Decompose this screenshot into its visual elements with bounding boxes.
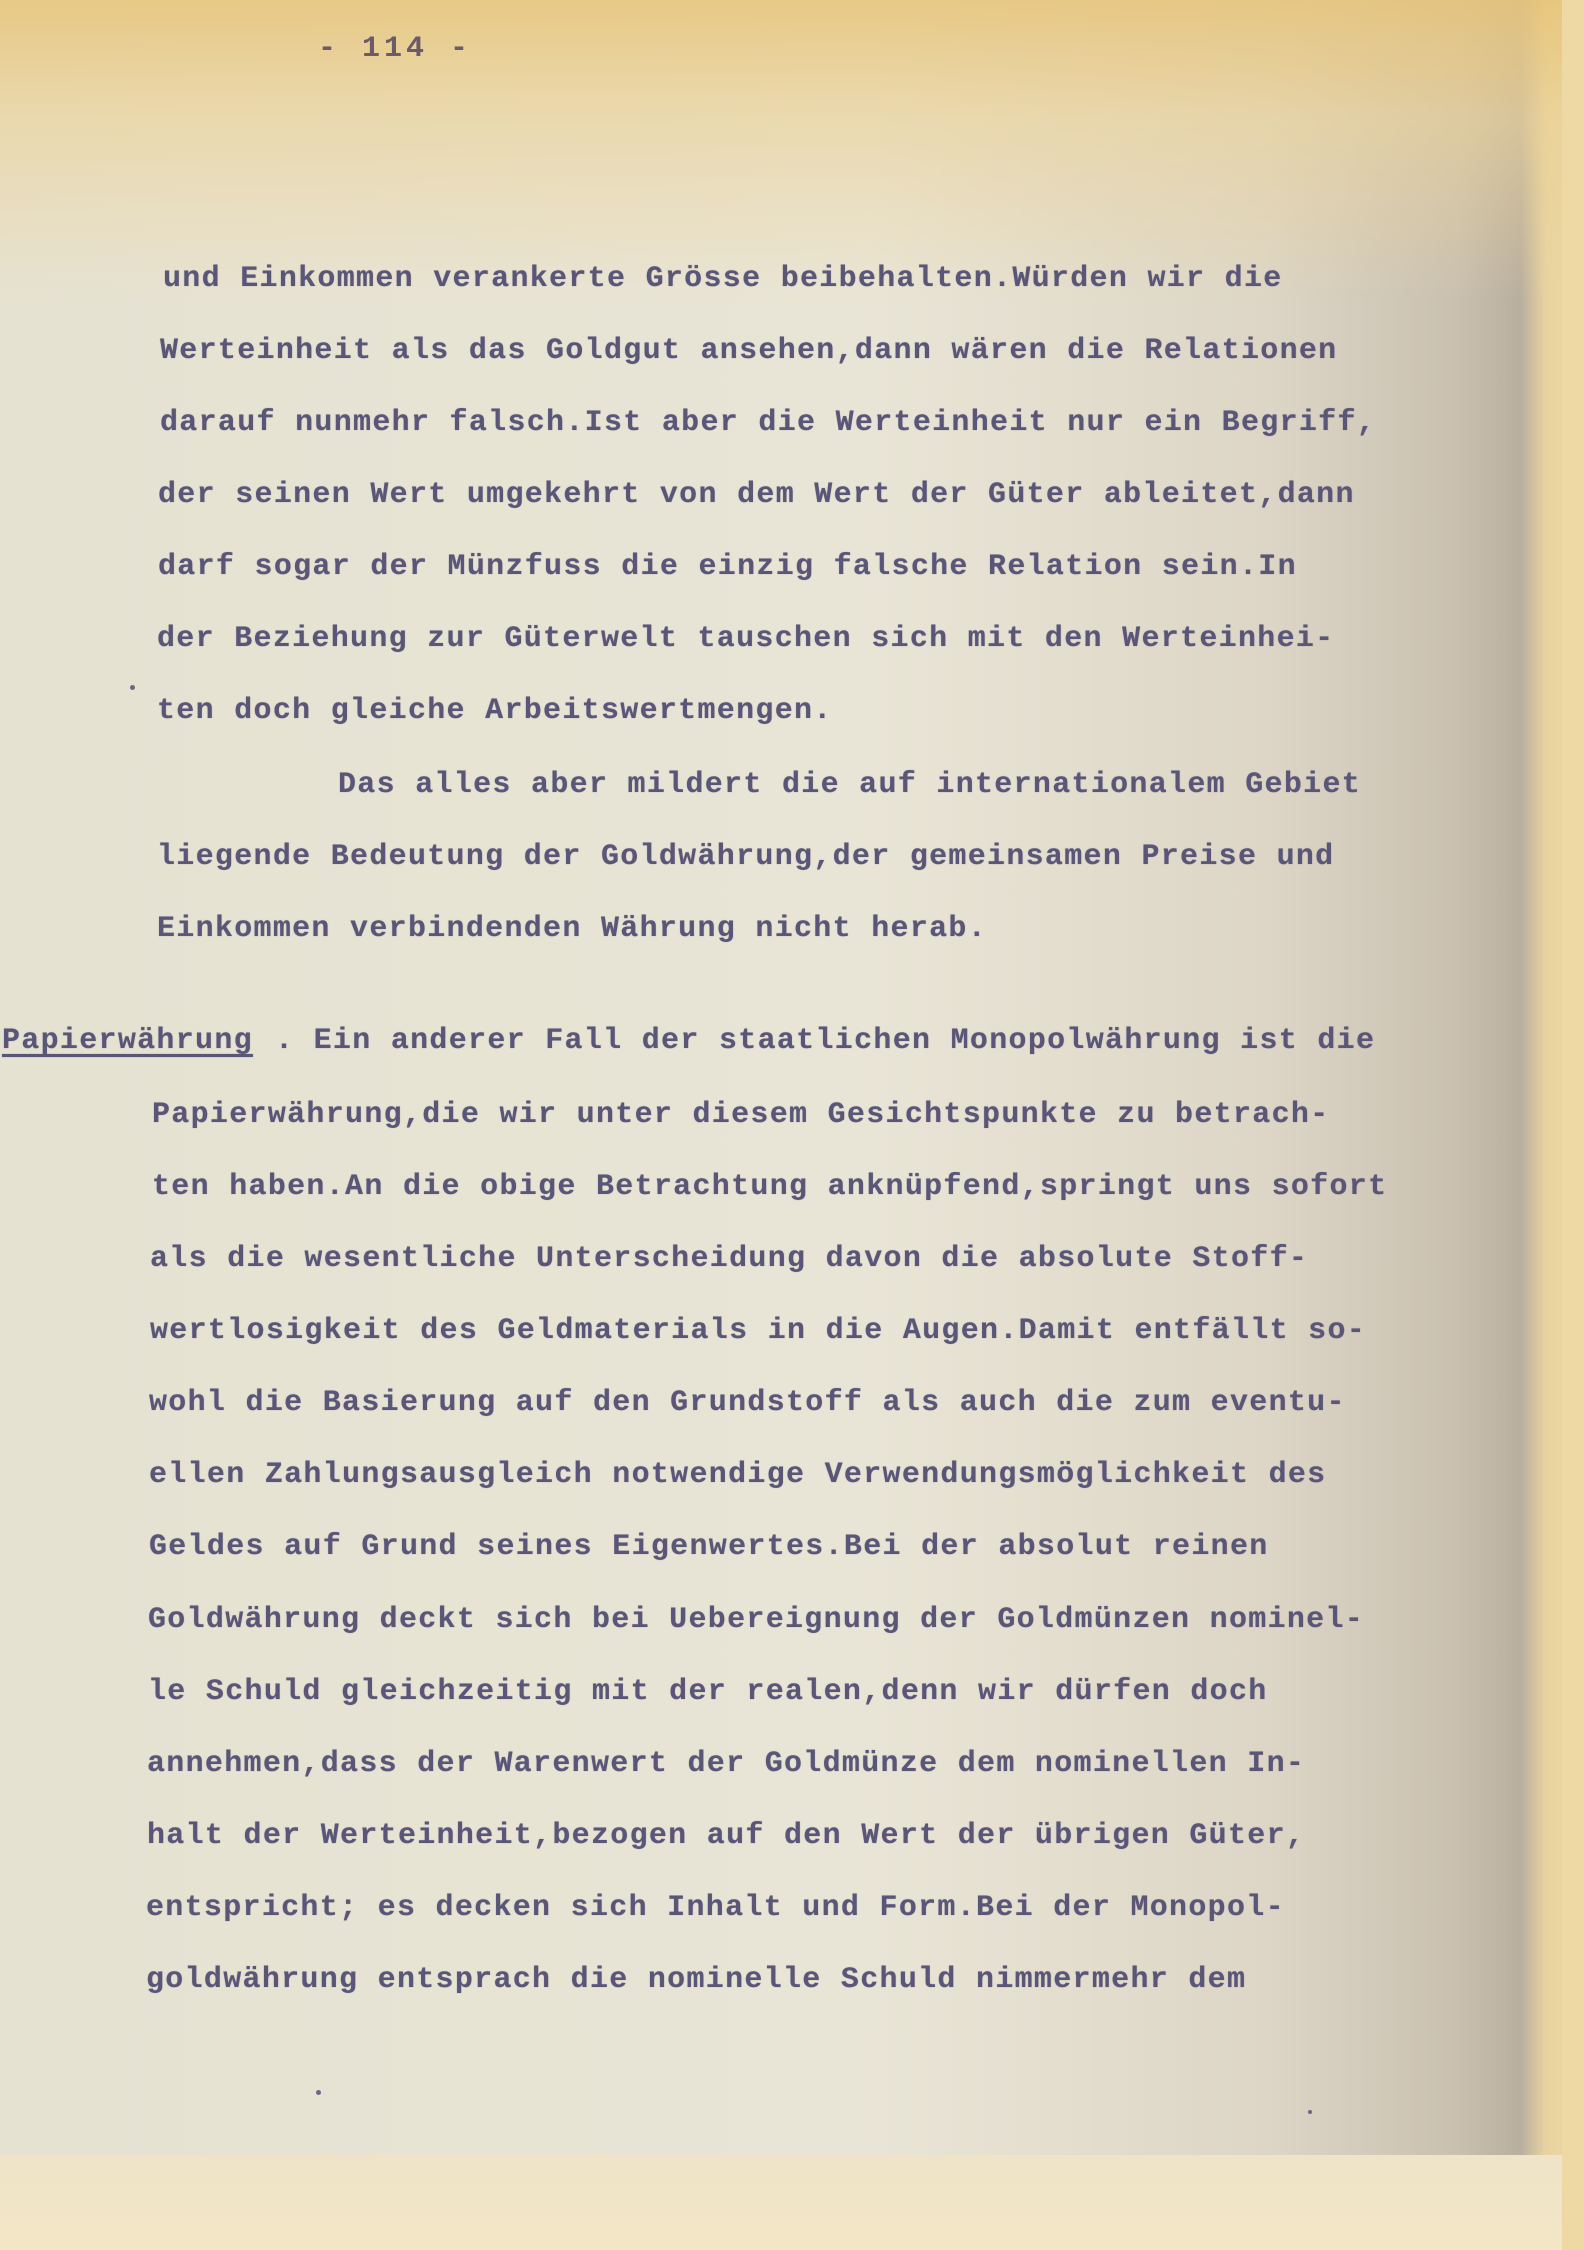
text-line: liegende Bedeutung der Goldwährung,der g… <box>157 840 1334 874</box>
text-line: ten doch gleiche Arbeitswertmengen. <box>157 694 833 728</box>
text-line: entspricht; es decken sich Inhalt und Fo… <box>146 1891 1285 1925</box>
text-line: goldwährung entsprach die nominelle Schu… <box>146 1963 1246 1997</box>
text-line: ellen Zahlungsausgleich notwendige Verwe… <box>149 1458 1326 1492</box>
text-line: darf sogar der Münzfuss die einzig falsc… <box>158 550 1297 584</box>
text-line: Einkommen verbindenden Währung nicht her… <box>157 912 987 946</box>
text-line: Goldwährung deckt sich bei Uebereignung … <box>148 1603 1364 1637</box>
page-number: - 114 - <box>318 32 472 66</box>
text-line: Werteinheit als das Goldgut ansehen,dann… <box>160 334 1337 368</box>
text-line: Geldes auf Grund seines Eigenwertes.Bei … <box>149 1530 1269 1564</box>
text-line: ten haben.An die obige Betrachtung anknü… <box>152 1170 1387 1204</box>
text-line: wohl die Basierung auf den Grundstoff al… <box>149 1386 1346 1420</box>
text-line: und Einkommen verankerte Grösse beibehal… <box>163 262 1283 296</box>
text-line: halt der Werteinheit,bezogen auf den Wer… <box>147 1819 1305 1853</box>
text-line: le Schuld gleichzeitig mit der realen,de… <box>148 1675 1268 1709</box>
text-line: als die wesentliche Unterscheidung davon… <box>150 1242 1308 1276</box>
text-line: . Ein anderer Fall der staatlichen Monop… <box>275 1024 1375 1058</box>
text-line: Papierwährung,die wir unter diesem Gesic… <box>152 1098 1329 1132</box>
text-line: der seinen Wert umgekehrt von dem Wert d… <box>158 478 1355 512</box>
text-line: darauf nunmehr falsch.Ist aber die Werte… <box>160 406 1376 440</box>
ink-speck <box>130 685 135 690</box>
text-line: annehmen,dass der Warenwert der Goldmünz… <box>147 1747 1305 1781</box>
paper-right-edge <box>1562 0 1584 2250</box>
ink-speck <box>316 2090 321 2095</box>
text-line: Das alles aber mildert die auf internati… <box>338 768 1361 802</box>
ink-speck <box>1308 2110 1312 2114</box>
text-line: wertlosigkeit des Geldmaterials in die A… <box>150 1314 1366 1348</box>
paper-bottom-edge <box>0 2155 1584 2250</box>
text-line: der Beziehung zur Güterwelt tauschen sic… <box>157 622 1334 656</box>
side-heading: Papierwährung <box>2 1024 253 1058</box>
